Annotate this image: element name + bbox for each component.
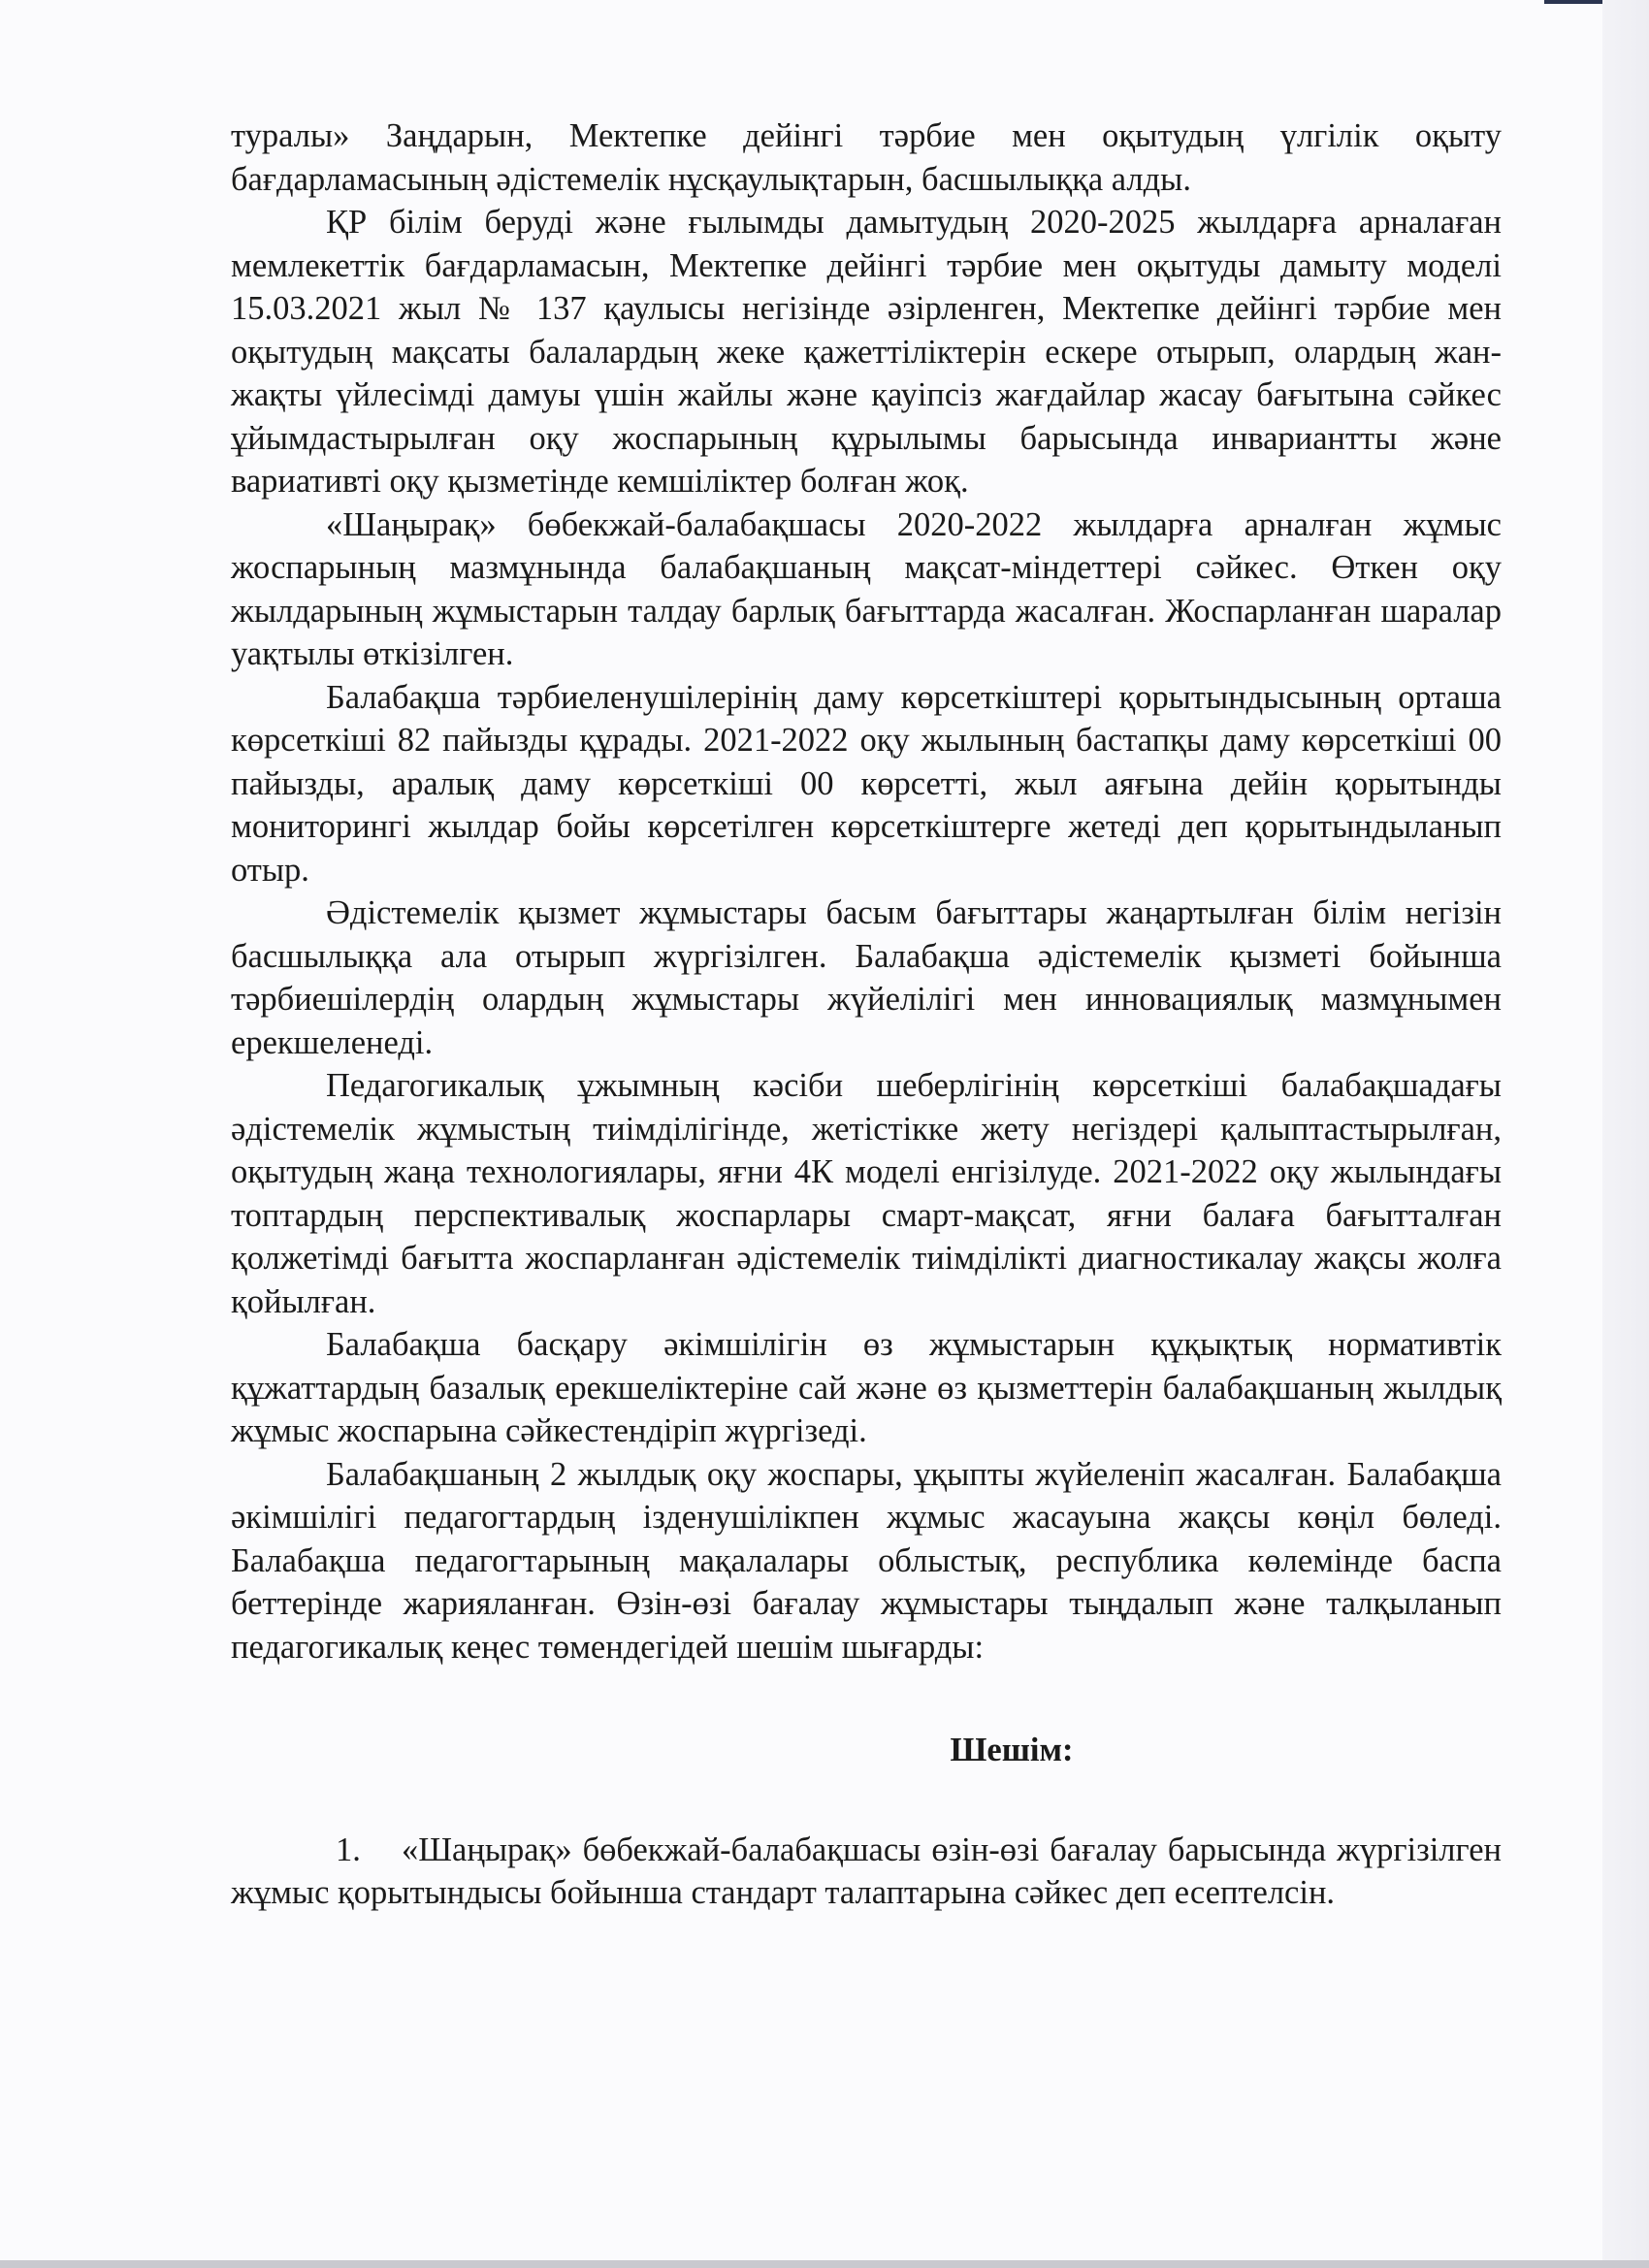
- paragraph-curriculum: Балабақшаның 2 жылдық оқу жоспары, ұқыпт…: [231, 1453, 1502, 1669]
- decision-item-number: 1.: [336, 1829, 402, 1872]
- paragraph-state-program: ҚР білім беруді және ғылымды дамытудың 2…: [231, 201, 1502, 503]
- paragraph-laws-continued: туралы» Заңдарын, Мектепке дейінгі тәрби…: [231, 114, 1502, 201]
- paragraph-administration: Балабақша басқару әкімшілігін өз жұмыста…: [231, 1323, 1502, 1453]
- document-body: туралы» Заңдарын, Мектепке дейінгі тәрби…: [231, 114, 1502, 1915]
- paragraph-work-plan: «Шаңырақ» бөбекжай-балабақшасы 2020-2022…: [231, 503, 1502, 676]
- paragraph-pedagogical-skill: Педагогикалық ұжымның кәсіби шеберлігіні…: [231, 1064, 1502, 1323]
- scan-right-edge: [1602, 0, 1649, 2268]
- decision-item-text: «Шаңырақ» бөбекжай-балабақшасы өзін-өзі …: [231, 1831, 1502, 1912]
- decision-item: 1.«Шаңырақ» бөбекжай-балабақшасы өзін-өз…: [231, 1829, 1502, 1915]
- paragraph-methodical-service: Әдістемелік қызмет жұмыстары басым бағыт…: [231, 891, 1502, 1064]
- decision-heading: Шешім:: [231, 1729, 1502, 1772]
- scan-top-edge-mark: [1544, 0, 1602, 4]
- scan-bottom-edge: [0, 2260, 1649, 2268]
- paragraph-development-indicators: Балабақша тәрбиеленушілерінің даму көрсе…: [231, 676, 1502, 892]
